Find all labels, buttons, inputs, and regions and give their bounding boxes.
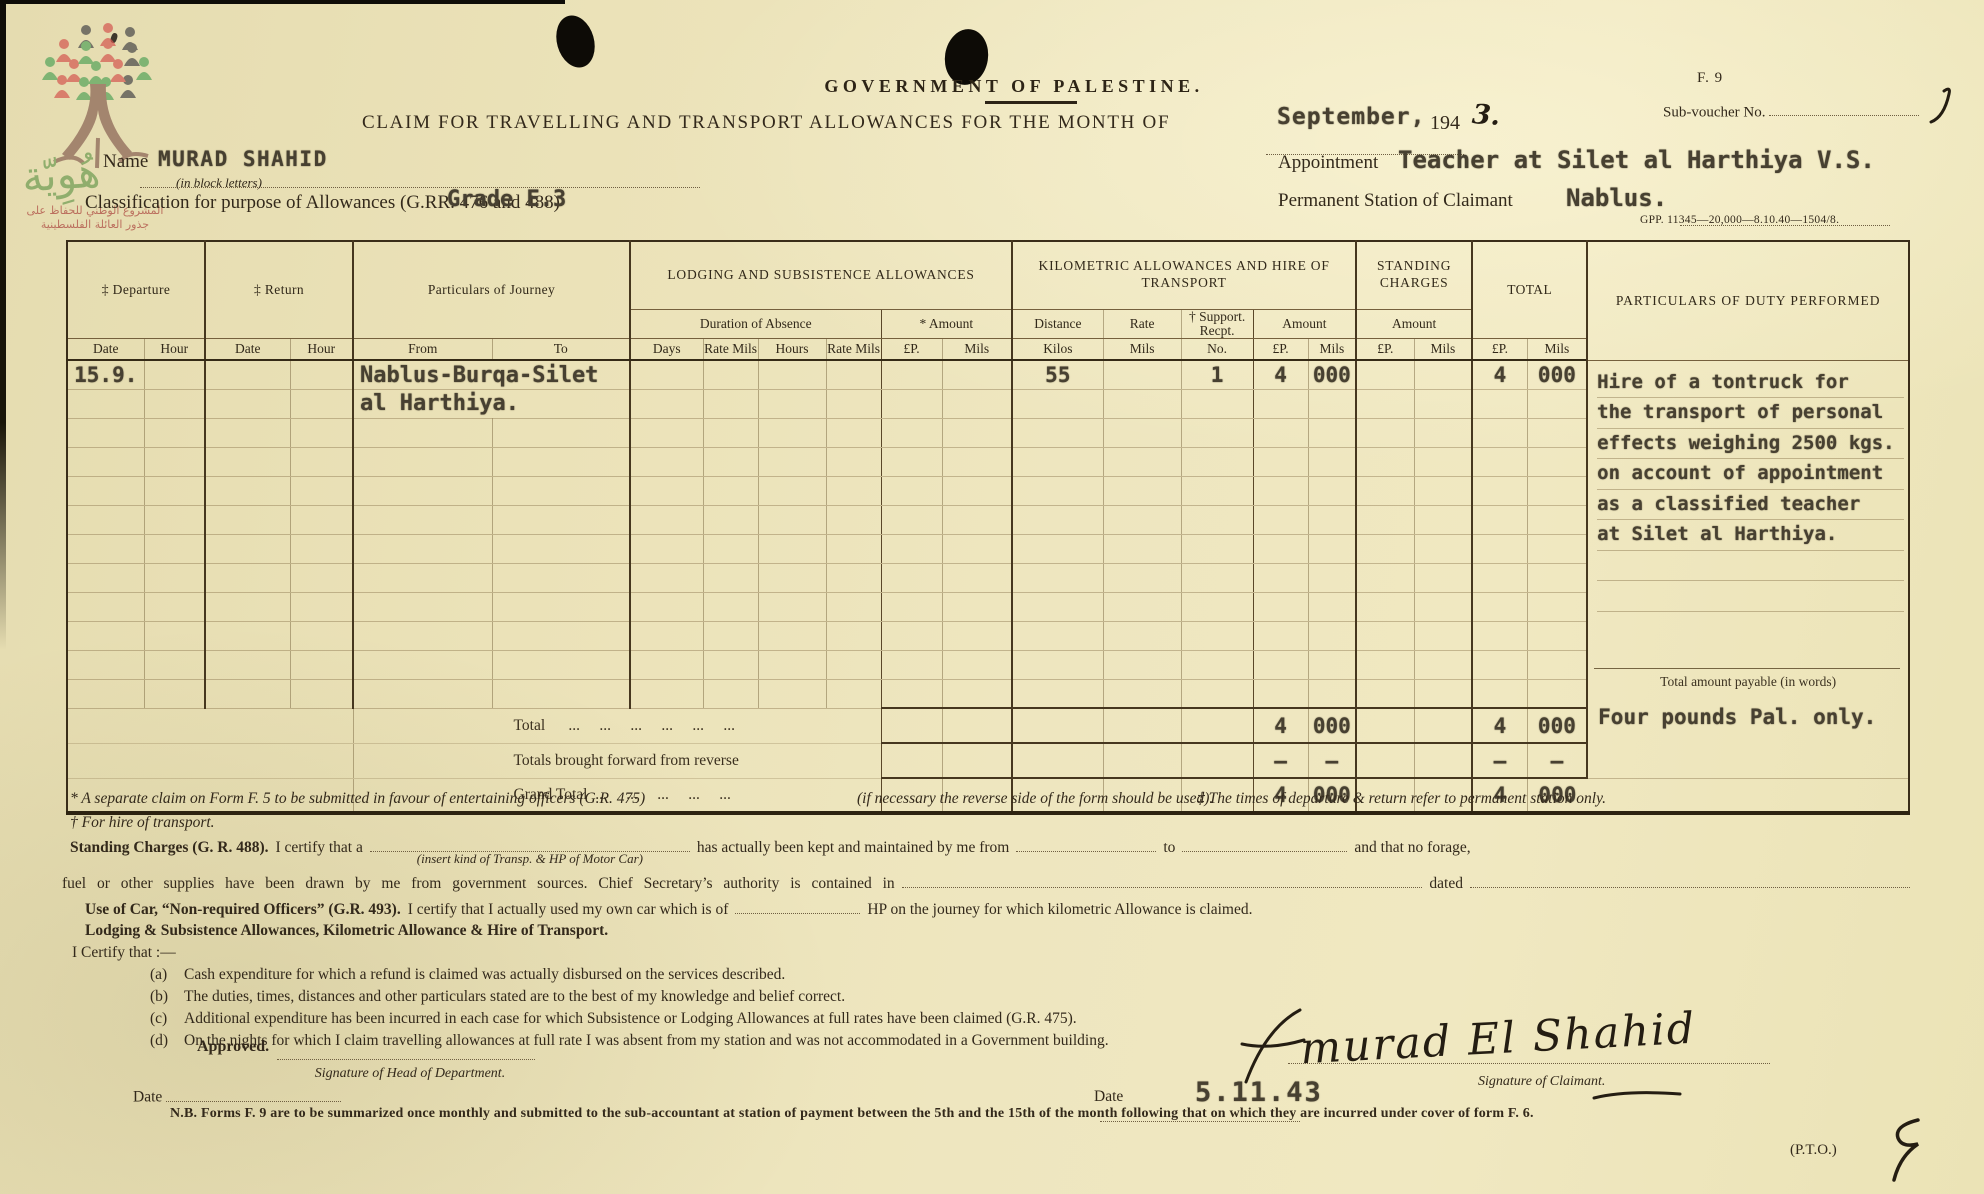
footnote-reverse-side: (if necessary the reverse side of the fo… [857,790,1213,808]
col-standing: STANDING CHARGES [1356,241,1472,309]
handwritten-mark-icon [1888,1116,1928,1186]
col-standing-amount: Amount [1356,309,1472,338]
hp-blank [735,898,860,914]
nb-note: N.B. Forms F. 9 are to be summarized onc… [170,1106,1534,1122]
certify-item-b: (b)The duties, times, distances and othe… [150,988,845,1006]
year-handwritten: 3. [1471,99,1501,132]
ink-speck [110,32,119,43]
journey-from-to: Nablus-Burqa-Silet [353,360,630,389]
signature-underline-icon [1592,1088,1682,1102]
col-rate: Rate [1103,309,1181,338]
footnote-times: ‡ The times of departure & return refer … [1197,790,1606,808]
total-mils: 000 [1527,360,1587,389]
date-left-blank [166,1086,341,1102]
payable-value: Four pounds Pal. only. [1588,690,1908,729]
col-support-recpt: † Support. Recpt. [1181,309,1253,338]
totals-total-lp: 4 [1472,708,1527,743]
use-of-car-line: Use of Car, “Non-required Officers” (G.R… [85,898,1685,919]
dated-blank [1470,872,1910,888]
print-code: GPP. 11345—20,000—8.10.40—1504/8. [1640,214,1839,226]
journey-row-1: 15.9. Nablus-Burqa-Silet 55 1 4 000 4 00… [67,360,1909,389]
totals-label: Totals brought forward from reverse [353,743,881,778]
col-amount-star: * Amount [881,309,1012,338]
footnote-hire: † For hire of transport. [70,814,215,832]
claim-table: ‡ Departure ‡ Return Particulars of Jour… [66,240,1910,815]
authority-blank [902,872,1423,888]
tree-of-people-icon [26,22,176,180]
scanned-claim-form: هُوِيّة المشروع الوطني للحفاظ على جذور ا… [0,0,1984,1194]
fuel-line: fuel or other supplies have been drawn b… [62,872,1910,893]
lodging-subsistence-bold: Lodging & Subsistence Allowances, Kilome… [85,922,608,940]
form-number: F. 9 [1697,70,1723,87]
departure-date: 15.9. [67,360,144,389]
classification-value: Grade E.3 [447,187,566,212]
sub-voucher-blank [1769,101,1919,116]
payable-label: Total amount payable (in words) [1588,669,1908,690]
col-total: TOTAL [1472,241,1587,338]
signature-flourish-icon [1238,1002,1308,1088]
name-note: (in block letters) [176,175,262,191]
appointment-value: Teacher at Silet al Harthiya V.S. [1398,146,1875,174]
head-signature-label: Signature of Head of Department. [300,1066,520,1082]
name-value: MURAD SHAHID [158,147,328,171]
station-label: Permanent Station of Claimant [1278,190,1513,212]
col-distance: Distance [1012,309,1103,338]
total-lp: 4 [1472,360,1527,389]
km-amount-lp: 4 [1253,360,1308,389]
col-return: ‡ Return [205,241,353,338]
date-left: Date [133,1086,341,1107]
col-km-amount: Amount [1253,309,1356,338]
transport-kind-blank: (insert kind of Transp. & HP of Motor Ca… [370,836,690,852]
government-title: GOVERNMENT OF PALESTINE. [806,76,1222,97]
totals-km-mils: 000 [1308,708,1356,743]
certify-intro: I Certify that :— [72,944,176,962]
appointment-label: Appointment [1278,152,1378,174]
hole-punch-icon [550,11,600,72]
kept-to-blank [1182,836,1347,852]
name-label: Name [103,151,148,173]
col-journey: Particulars of Journey [353,241,630,338]
scan-edge-left [0,0,6,650]
support-receipt-no: 1 [1181,360,1253,389]
footnote-separate-claim: * A separate claim on Form F. 5 to be su… [70,790,645,808]
claimant-signature-label: Signature of Claimant. [1478,1074,1605,1090]
standing-charges-line: Standing Charges (G. R. 488). I certify … [70,836,1910,857]
title-rule [985,101,1077,104]
distance-kilos: 55 [1012,360,1103,389]
col-lodging: LODGING AND SUBSISTENCE ALLOWANCES [630,241,1012,309]
claimant-signature-blank [1288,1048,1770,1064]
certify-item-a: (a)Cash expenditure for which a refund i… [150,966,785,984]
totals-total-mils: 000 [1527,708,1587,743]
km-amount-mils: 000 [1308,360,1356,389]
date-right-value: 5.11.43 [1195,1077,1323,1108]
pto-label: (P.T.O.) [1790,1142,1837,1159]
duty-performed-cell: Hire of a tontruck for the transport of … [1587,360,1909,778]
col-duration: Duration of Absence [630,309,881,338]
handwritten-checkmark [1928,84,1962,126]
date-right-label: Date [1094,1088,1123,1106]
head-signature-blank [277,1044,535,1060]
totals-km-lp: 4 [1253,708,1308,743]
sub-voucher: Sub-voucher No. [1663,101,1919,121]
certify-item-c: (c)Additional expenditure has been incur… [150,1010,1077,1028]
totals-label: Total ... ... ... ... ... ... [353,708,881,743]
year-printed: 194 [1430,112,1460,135]
duty-text: Hire of a tontruck for the transport of … [1588,361,1908,729]
approved-label: Approved. [197,1038,269,1056]
table-header-groups: ‡ Departure ‡ Return Particulars of Jour… [67,241,1909,309]
col-departure: ‡ Departure [67,241,205,338]
kept-from-blank [1016,836,1156,852]
journey-from-to: al Harthiya. [353,389,630,418]
claim-title: CLAIM FOR TRAVELLING AND TRANSPORT ALLOW… [362,112,1170,134]
col-duty: PARTICULARS OF DUTY PERFORMED [1587,241,1909,360]
month-typed: September, [1277,104,1425,130]
scan-edge-top [0,0,565,4]
station-value: Nablus. [1566,184,1667,212]
col-kilometric: KILOMETRIC ALLOWANCES AND HIRE OF TRANSP… [1012,241,1356,309]
